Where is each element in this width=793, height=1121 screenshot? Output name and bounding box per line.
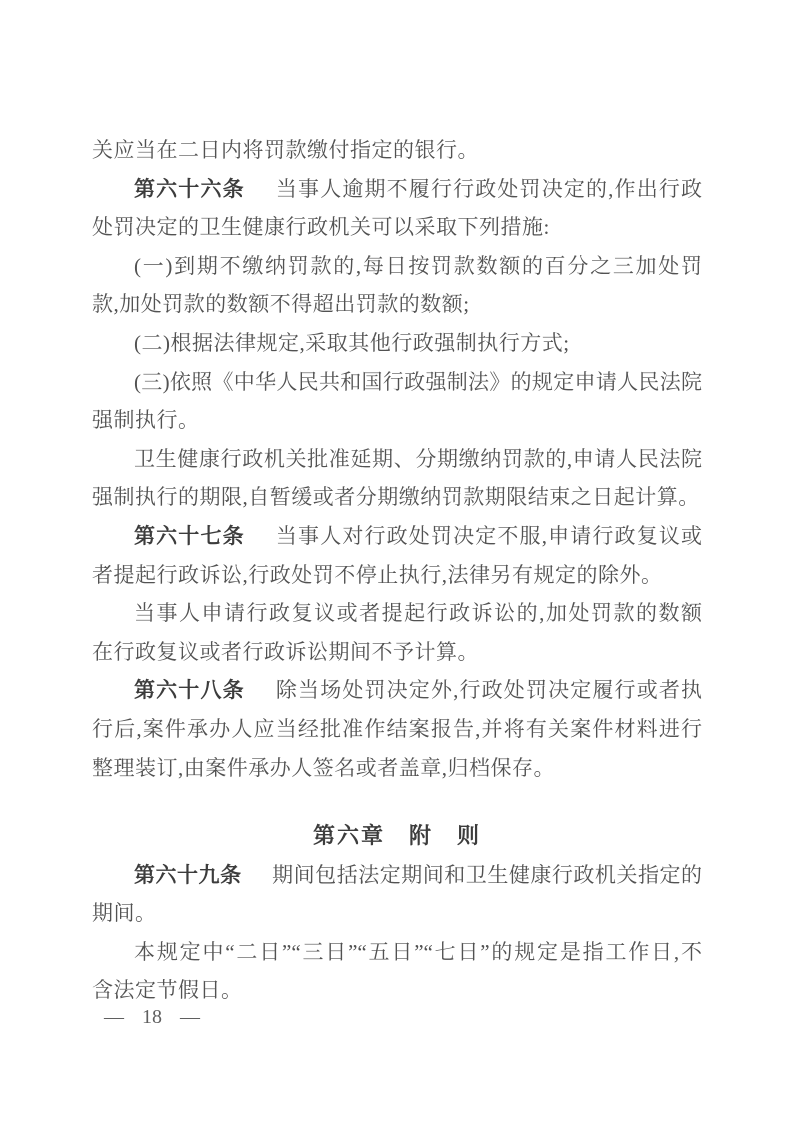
text-line: (三)依照《中华人民共和国行政强制法》的规定申请人民法院 (92, 363, 702, 402)
line-text: 卫生健康行政机关批准延期、分期缴纳罚款的,申请人民法院 (134, 447, 702, 471)
line-text: 款,加处罚款的数额不得超出罚款的数额; (92, 292, 470, 316)
text-line: 本规定中“二日”“三日”“五日”“七日”的规定是指工作日,不 (92, 933, 702, 972)
line-text: 行后,案件承办人应当经批准作结案报告,并将有关案件材料进行 (92, 717, 702, 741)
text-line: (二)根据法律规定,采取其他行政强制执行方式; (92, 324, 702, 363)
chapter-heading: 第六章 附 则 (92, 817, 702, 856)
line-text: 期间。 (92, 901, 157, 925)
line-text: 整理装订,由案件承办人签名或者盖章,归档保存。 (92, 756, 555, 780)
article-number: 第六十八条 (134, 679, 245, 702)
article-number: 第六十九条 (134, 864, 242, 887)
page: 关应当在二日内将罚款缴付指定的银行。第六十六条当事人逾期不履行行政处罚决定的,作… (0, 0, 793, 1121)
text-line: 当事人申请行政复议或者提起行政诉讼的,加处罚款的数额 (92, 594, 702, 633)
text-line: 第六十八条除当场处罚决定外,行政处罚决定履行或者执 (92, 671, 702, 710)
text-line: 强制执行。 (92, 401, 702, 440)
line-text: 者提起行政诉讼,行政处罚不停止执行,法律另有规定的除外。 (92, 563, 663, 587)
chapter-heading-text: 第六章 附 则 (313, 823, 481, 848)
text-line: (一)到期不缴纳罚款的,每日按罚款数额的百分之三加处罚 (92, 247, 702, 286)
line-text: 强制执行。 (92, 408, 200, 432)
text-line: 卫生健康行政机关批准延期、分期缴纳罚款的,申请人民法院 (92, 440, 702, 479)
line-text: 当事人对行政处罚决定不服,申请行政复议或 (275, 524, 702, 548)
text-line: 行后,案件承办人应当经批准作结案报告,并将有关案件材料进行 (92, 710, 702, 749)
line-text: (三)依照《中华人民共和国行政强制法》的规定申请人民法院 (134, 370, 702, 394)
text-line: 第六十九条期间包括法定期间和卫生健康行政机关指定的 (92, 856, 702, 895)
line-text: 在行政复议或者行政诉讼期间不予计算。 (92, 640, 479, 664)
document-text: 关应当在二日内将罚款缴付指定的银行。第六十六条当事人逾期不履行行政处罚决定的,作… (92, 131, 702, 1010)
footer-dash-right: — (180, 1006, 200, 1028)
page-number: 18 (142, 1006, 162, 1028)
line-text: 处罚决定的卫生健康行政机关可以采取下列措施: (92, 215, 550, 239)
line-text: 期间包括法定期间和卫生健康行政机关指定的 (272, 863, 702, 887)
line-text: 除当场处罚决定外,行政处罚决定履行或者执 (275, 678, 702, 702)
line-text: (二)根据法律规定,采取其他行政强制执行方式; (134, 331, 570, 355)
page-footer: — 18 — (104, 1002, 200, 1032)
line-text: 当事人申请行政复议或者提起行政诉讼的,加处罚款的数额 (134, 601, 702, 625)
line-text: 当事人逾期不履行行政处罚决定的,作出行政 (275, 177, 702, 201)
line-text: 本规定中“二日”“三日”“五日”“七日”的规定是指工作日,不 (134, 940, 702, 964)
line-text: 强制执行的期限,自暂缓或者分期缴纳罚款期限结束之日起计算。 (92, 485, 700, 509)
text-line: 者提起行政诉讼,行政处罚不停止执行,法律另有规定的除外。 (92, 556, 702, 595)
text-line: 期间。 (92, 894, 702, 933)
article-number: 第六十六条 (134, 178, 245, 201)
article-number: 第六十七条 (134, 525, 245, 548)
line-text: 关应当在二日内将罚款缴付指定的银行。 (92, 138, 479, 162)
text-line: 在行政复议或者行政诉讼期间不予计算。 (92, 633, 702, 672)
text-line: 款,加处罚款的数额不得超出罚款的数额; (92, 285, 702, 324)
text-line: 强制执行的期限,自暂缓或者分期缴纳罚款期限结束之日起计算。 (92, 478, 702, 517)
text-line: 处罚决定的卫生健康行政机关可以采取下列措施: (92, 208, 702, 247)
footer-dash-left: — (104, 1006, 124, 1028)
text-line: 第六十七条当事人对行政处罚决定不服,申请行政复议或 (92, 517, 702, 556)
line-text: 含法定节假日。 (92, 978, 243, 1002)
text-line: 关应当在二日内将罚款缴付指定的银行。 (92, 131, 702, 170)
line-text: (一)到期不缴纳罚款的,每日按罚款数额的百分之三加处罚 (134, 254, 702, 278)
text-line: 第六十六条当事人逾期不履行行政处罚决定的,作出行政 (92, 170, 702, 209)
text-line: 整理装订,由案件承办人签名或者盖章,归档保存。 (92, 749, 702, 788)
